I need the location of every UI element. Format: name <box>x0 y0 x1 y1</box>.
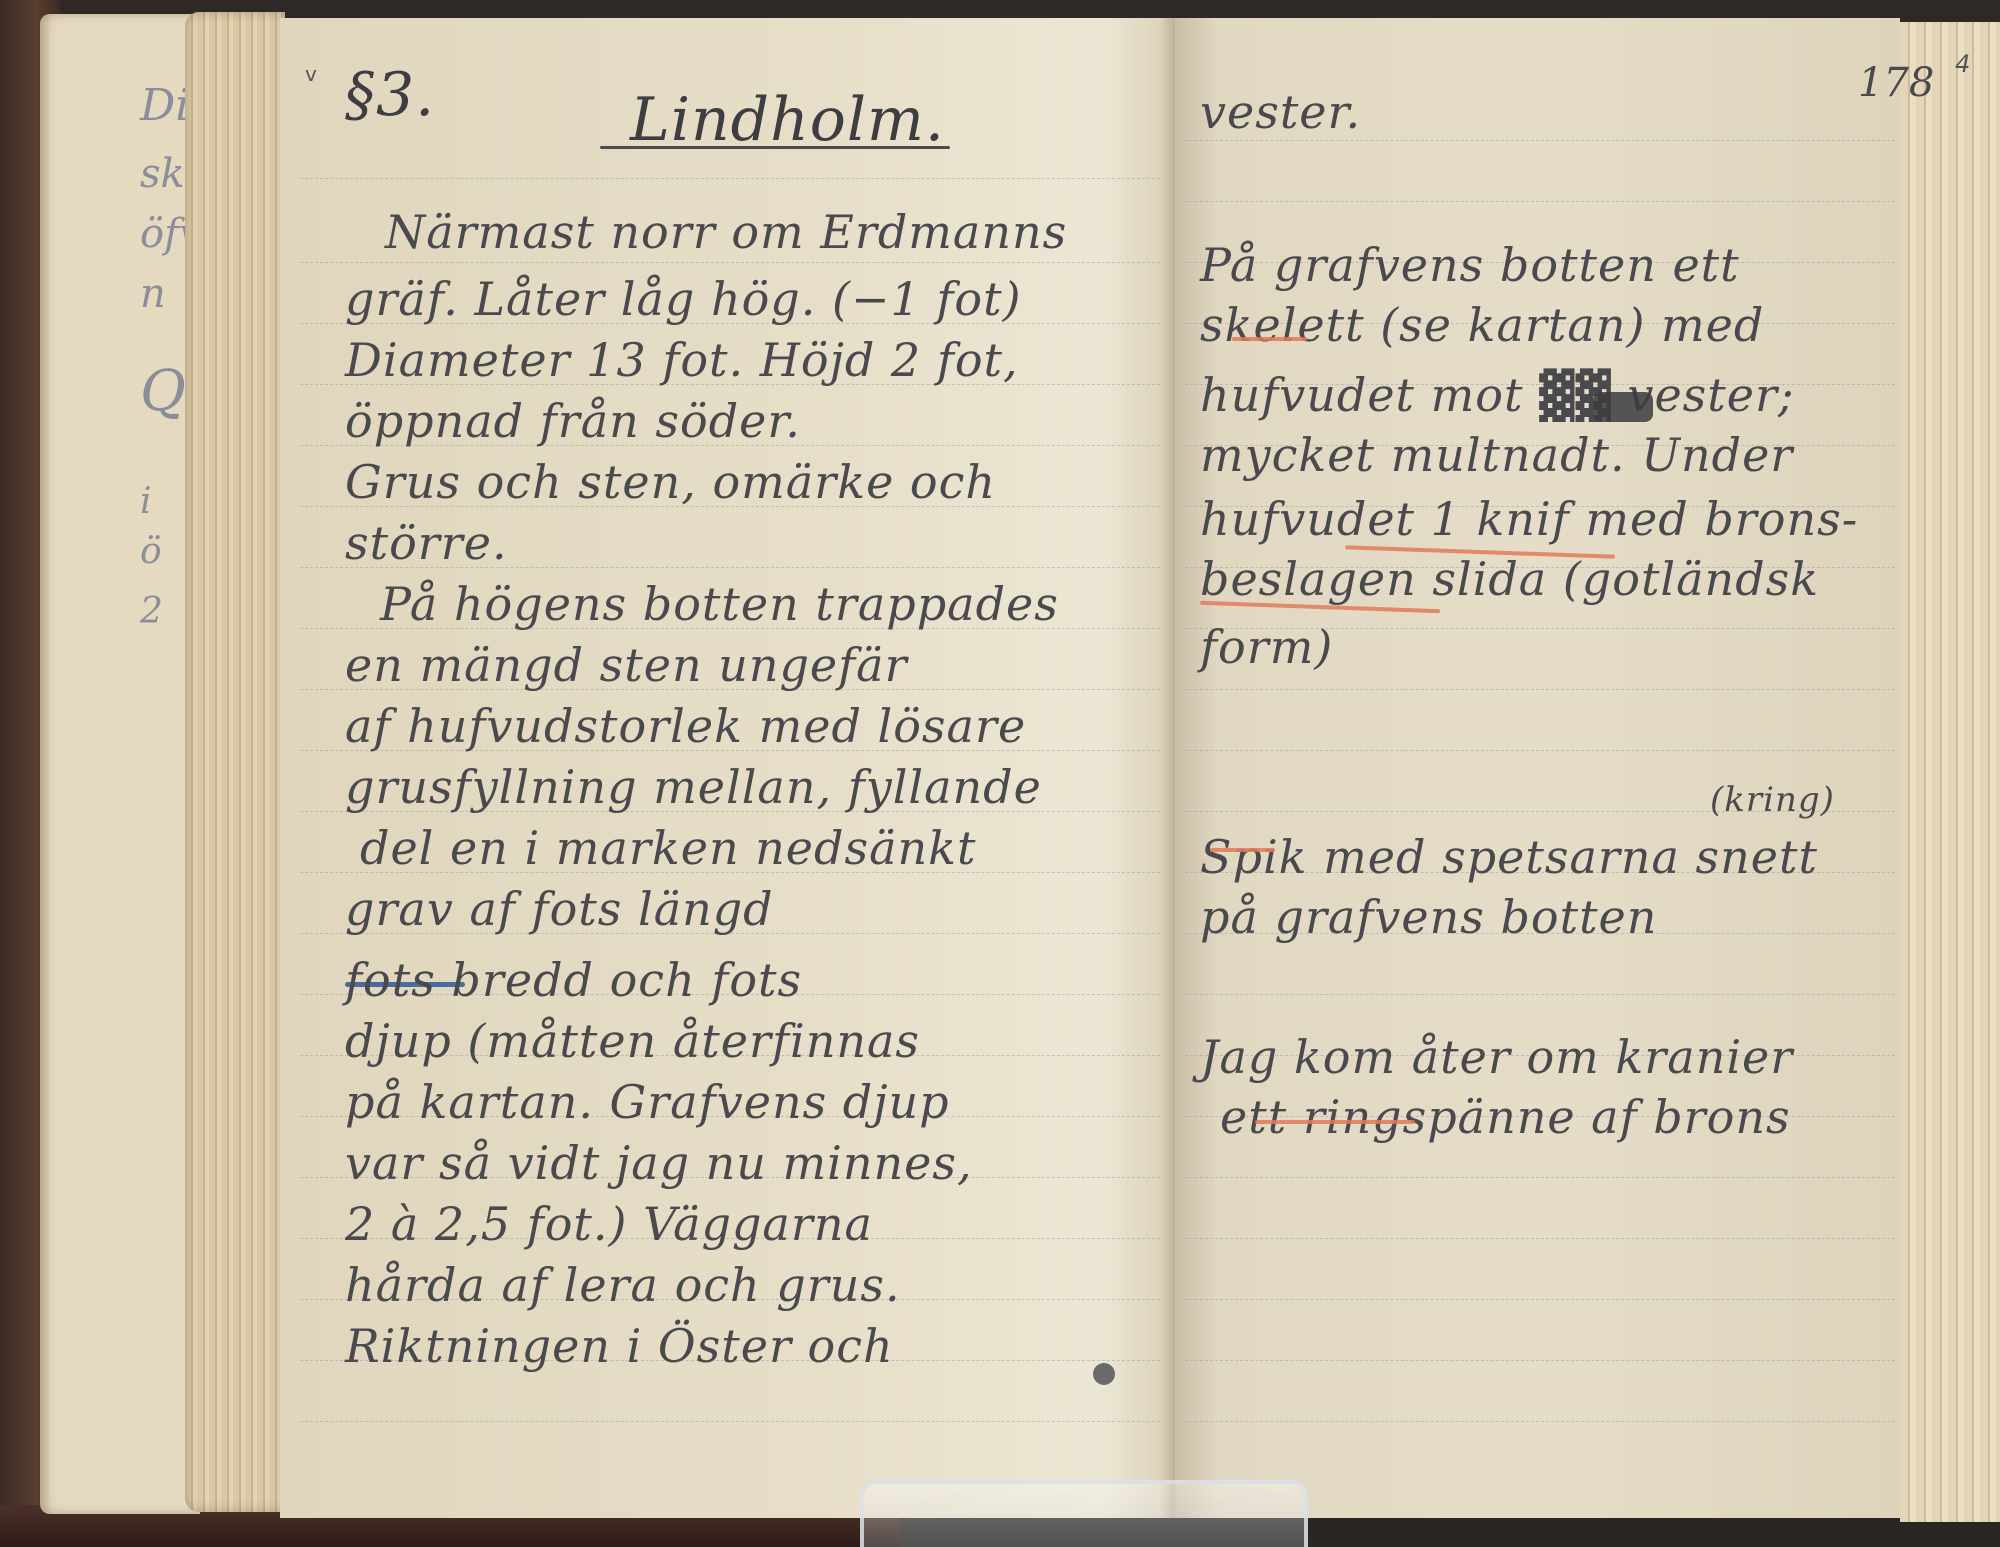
title-underline <box>600 146 950 149</box>
underlying-page: Di sk öfv n Q i ö 2 <box>40 14 200 1514</box>
ruled-line <box>1185 140 1895 141</box>
ruled-line <box>300 1421 1160 1422</box>
text-line: hufvudet mot ▓▓ vester; <box>1200 368 1794 422</box>
ghost-text: i <box>140 484 152 520</box>
ink-spot <box>1093 1363 1115 1385</box>
text-line: På grafvens botten ett <box>1200 238 1740 292</box>
text-line: hufvudet 1 knif med brons- <box>1200 492 1858 546</box>
ruled-line <box>300 178 1160 179</box>
text-line: var så vidt jag nu minnes, <box>345 1136 973 1190</box>
text-line: Grus och sten, omärke och <box>345 455 996 509</box>
ruled-line <box>300 262 1160 263</box>
text-line: gräf. Låter låg hög. (−1 fot) <box>345 272 1022 326</box>
corner-mark: 4 <box>1955 50 1970 78</box>
text-line: 2 à 2,5 fot.) Väggarna <box>345 1197 873 1251</box>
margin-check-mark: v <box>305 62 317 86</box>
crossed-out-word <box>1593 392 1653 422</box>
text-line: en mängd sten ungefär <box>345 638 908 692</box>
text-line: del en i marken nedsänkt <box>360 821 977 875</box>
ruled-line <box>1185 994 1895 995</box>
ghost-text: 2 <box>140 594 163 630</box>
text-line: beslagen slida (gotländsk <box>1200 552 1819 606</box>
text-line: hårda af lera och grus. <box>345 1258 901 1312</box>
text-line: ett ringspänne af brons <box>1220 1090 1791 1144</box>
page-stack-left <box>185 12 285 1512</box>
text-line: fots bredd och fots <box>345 953 802 1007</box>
ruled-line <box>1185 689 1895 690</box>
marginal-insert: (kring) <box>1710 780 1835 820</box>
text-line: På högens botten trappades <box>380 577 1059 631</box>
text-line: djup (måtten återfinnas <box>345 1014 920 1068</box>
ghost-text: n <box>140 274 166 314</box>
ghost-text: Q <box>140 364 186 420</box>
text-line: form) <box>1200 620 1333 674</box>
text-line: Spik med spetsarna snett <box>1200 830 1818 884</box>
text-line: vester. <box>1200 85 1361 139</box>
text-line: grav af fots längd <box>345 882 774 936</box>
ruled-line <box>1185 201 1895 202</box>
ruled-line <box>1185 1177 1895 1178</box>
ghost-text: ö <box>140 534 162 570</box>
text-line: större. <box>345 516 508 570</box>
ruled-line <box>1185 1299 1895 1300</box>
red-underline-skelett <box>1232 337 1307 341</box>
text-line: på kartan. Grafvens djup <box>345 1075 950 1129</box>
text-line: Riktningen i Öster och <box>345 1319 894 1373</box>
text-line: öppnad från söder. <box>345 394 801 448</box>
section-title: Lindholm. <box>630 85 945 155</box>
ruled-line <box>1185 1360 1895 1361</box>
text-line: af hufvudstorlek med lösare <box>345 699 1026 753</box>
text-line: skelett (se kartan) med <box>1200 298 1764 352</box>
red-underline-spik <box>1210 848 1275 852</box>
page-stack-right <box>1900 22 2000 1522</box>
text-line: Närmast norr om Erdmanns <box>385 205 1067 259</box>
text-line: mycket multnadt. Under <box>1200 428 1793 482</box>
text-line: Diameter 13 fot. Höjd 2 fot, <box>345 333 1019 387</box>
ghost-text: Di <box>140 84 189 128</box>
text-line: grusfyllning mellan, fyllande <box>345 760 1042 814</box>
red-underline-ringspanne <box>1255 1120 1415 1124</box>
ruled-line <box>1185 1238 1895 1239</box>
text-line: på grafvens botten <box>1200 890 1657 944</box>
text-line: Jag kom åter om kranier <box>1200 1030 1793 1084</box>
section-number: §3. <box>345 60 435 130</box>
ghost-text: sk <box>140 154 185 194</box>
ruled-line <box>1185 750 1895 751</box>
page-number: 178 <box>1858 60 1934 106</box>
ruled-line <box>1185 1421 1895 1422</box>
glass-weight-clip <box>860 1480 1308 1547</box>
